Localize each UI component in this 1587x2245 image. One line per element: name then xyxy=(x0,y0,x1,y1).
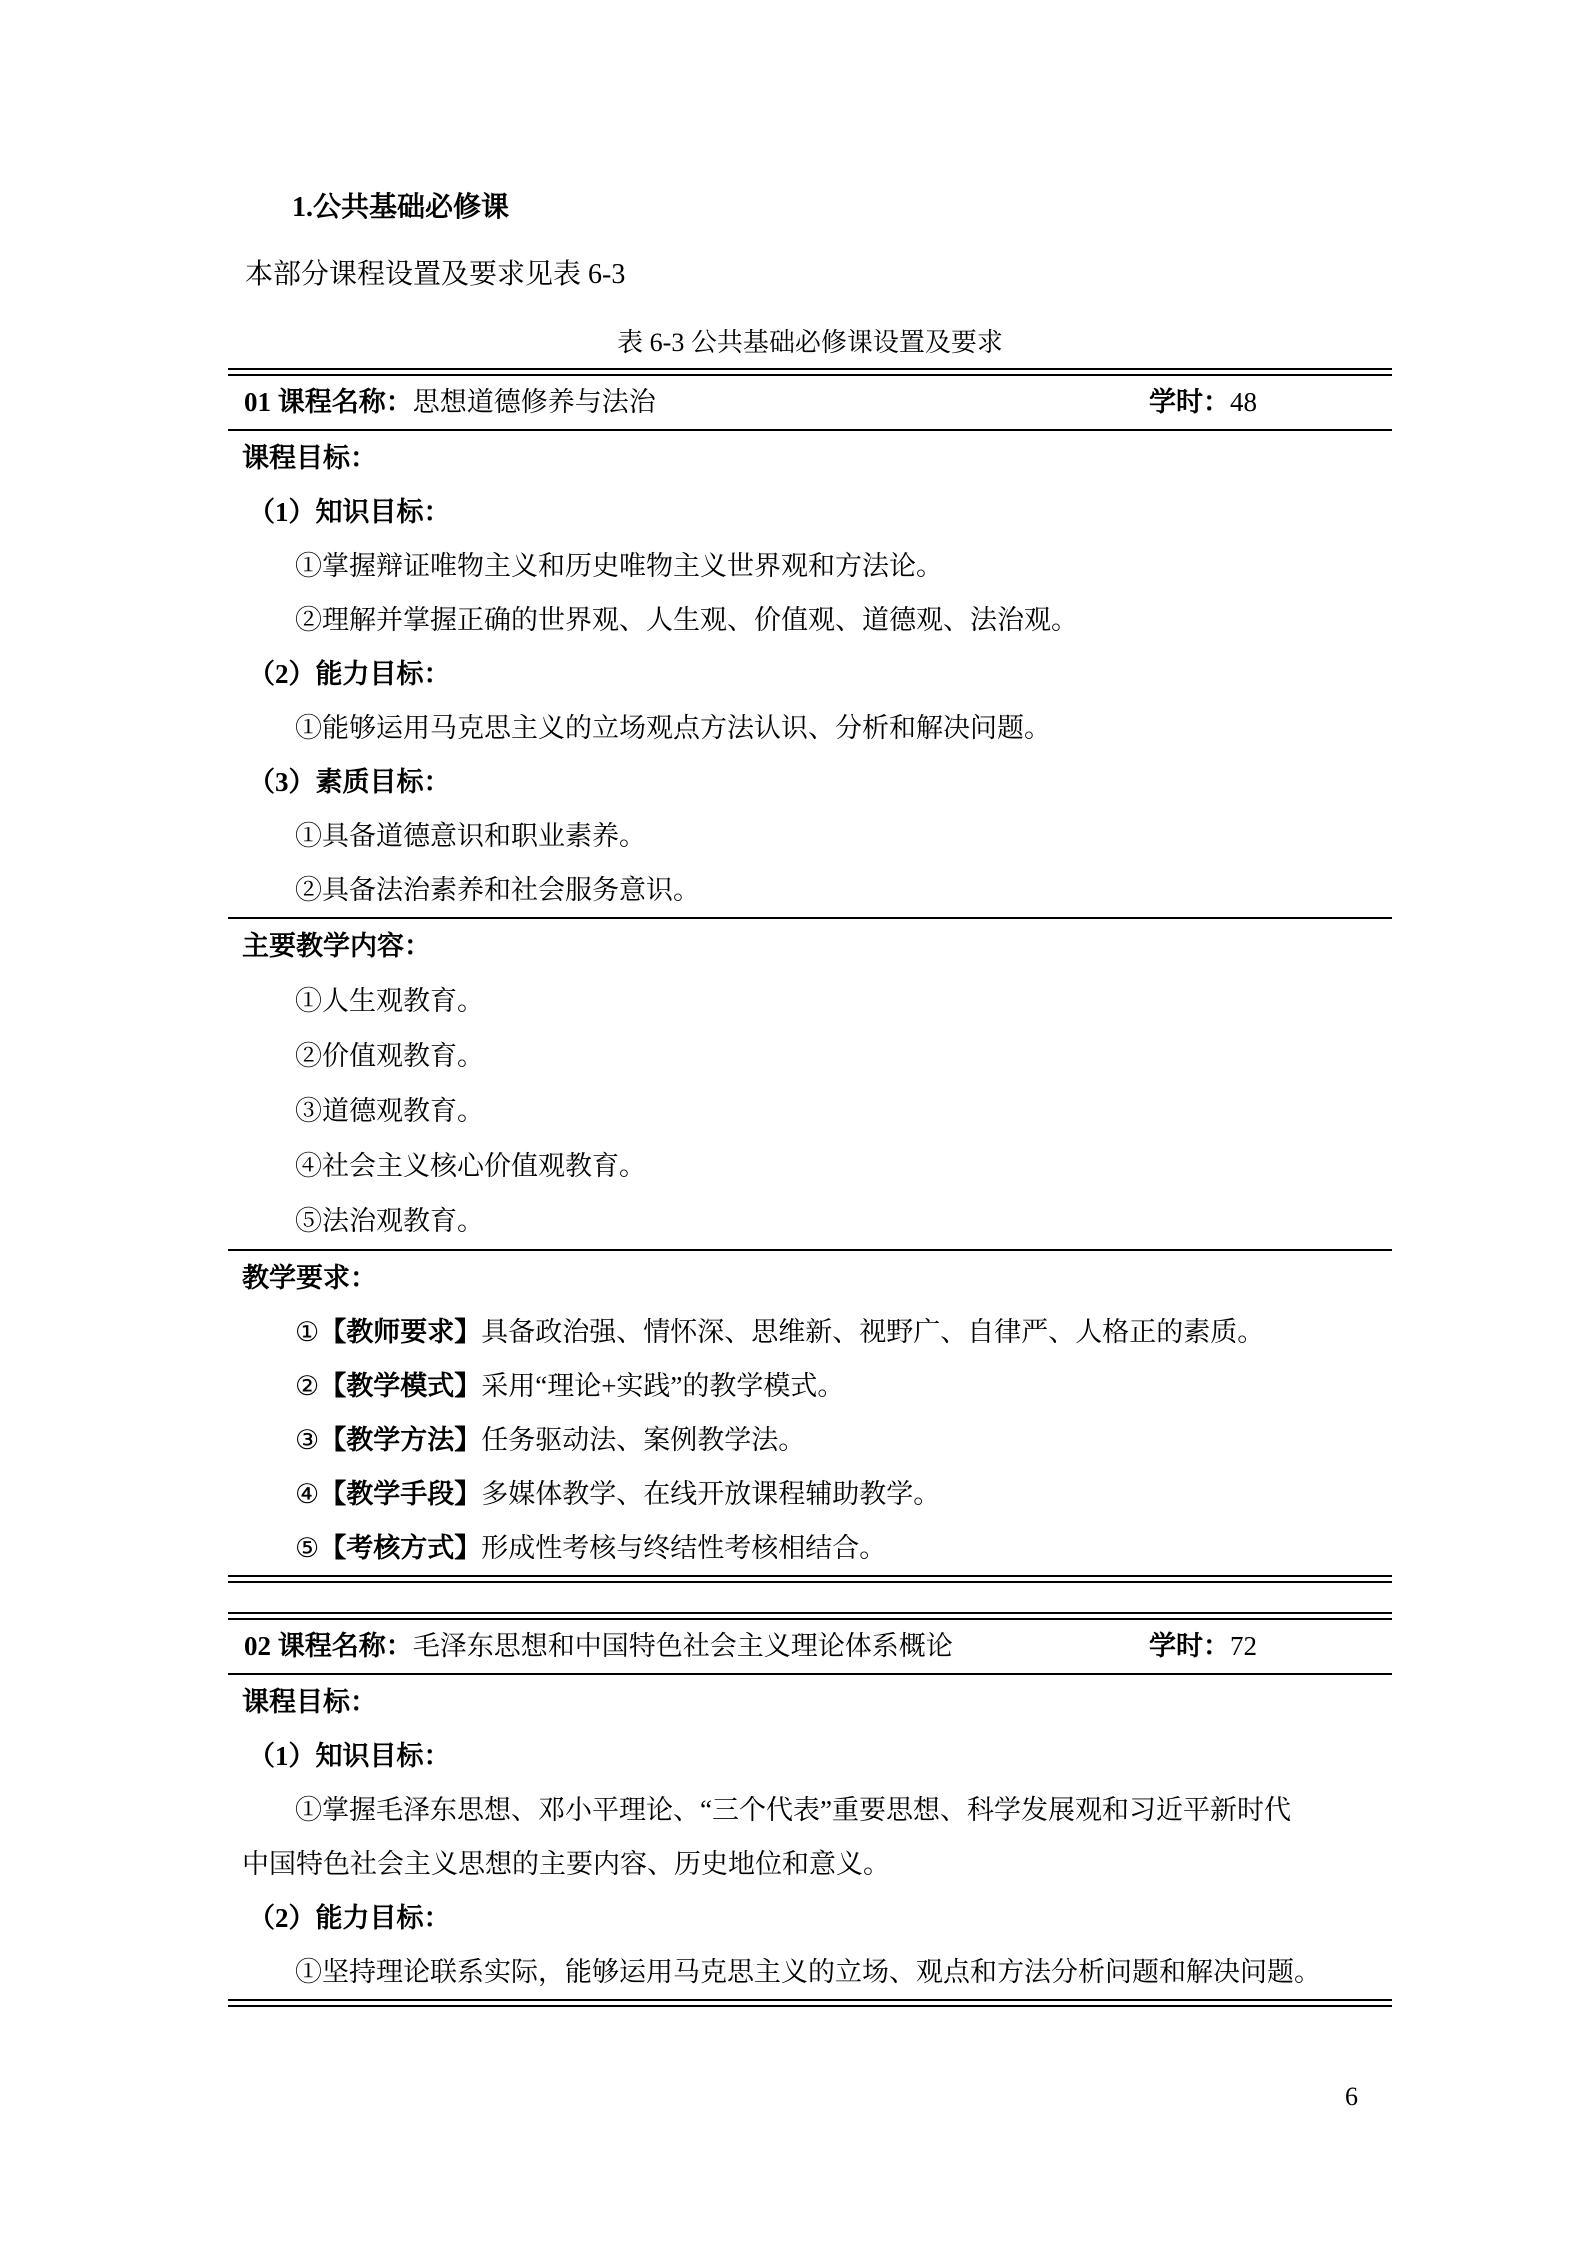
table-top-double-border xyxy=(228,1612,1392,1620)
teaching-content-item: ③道德观教育。 xyxy=(228,1084,1392,1139)
knowledge-objectives-title: （1）知识目标： xyxy=(228,485,1392,539)
knowledge-objective-2: ②理解并掌握正确的世界观、人生观、价值观、道德观、法治观。 xyxy=(228,593,1392,647)
requirement-item: ②【教学模式】采用“理论+实践”的教学模式。 xyxy=(228,1359,1392,1413)
teaching-content-item: ①人生观教育。 xyxy=(228,974,1392,1029)
intro-paragraph: 本部分课程设置及要求见表 6-3 xyxy=(245,257,625,293)
ability-objective-1: ①坚持理论联系实际，能够运用马克思主义的立场、观点和方法分析问题和解决问题。 xyxy=(228,1945,1392,1999)
ability-objectives-title: （2）能力目标： xyxy=(228,647,1392,701)
table-caption: 表 6-3 公共基础必修课设置及要求 xyxy=(228,326,1392,360)
table-bottom-double-border xyxy=(228,1999,1392,2007)
hours-label: 学时： xyxy=(1149,1631,1230,1661)
objectives-section: 课程目标： （1）知识目标： ①掌握毛泽东思想、邓小平理论、“三个代表”重要思想… xyxy=(228,1675,1392,1999)
objectives-title: 课程目标： xyxy=(228,1675,1392,1729)
hours-value: 48 xyxy=(1230,387,1257,417)
requirement-item: ④【教学手段】多媒体教学、在线开放课程辅助教学。 xyxy=(228,1467,1392,1521)
page-number: 6 xyxy=(1345,2080,1358,2114)
quality-objective-1: ①具备道德意识和职业素养。 xyxy=(228,809,1392,863)
requirement-item: ⑤【考核方式】形成性考核与终结性考核相结合。 xyxy=(228,1521,1392,1575)
section-heading: 1.公共基础必修课 xyxy=(292,190,509,226)
ability-objective-1: ①能够运用马克思主义的立场观点方法认识、分析和解决问题。 xyxy=(228,701,1392,755)
knowledge-objectives-title: （1）知识目标： xyxy=(228,1729,1392,1783)
course-name: 毛泽东思想和中国特色社会主义理论体系概论 xyxy=(413,1631,953,1661)
teaching-content-item: ⑤法治观教育。 xyxy=(228,1194,1392,1249)
teaching-requirements-section: 教学要求： ①【教师要求】具备政治强、情怀深、思维新、视野广、自律严、人格正的素… xyxy=(228,1251,1392,1575)
knowledge-objective-1-line2: 中国特色社会主义思想的主要内容、历史地位和意义。 xyxy=(228,1837,1392,1891)
knowledge-objective-1: ①掌握辩证唯物主义和历史唯物主义世界观和方法论。 xyxy=(228,539,1392,593)
course-header-row: 02 课程名称：毛泽东思想和中国特色社会主义理论体系概论 学时：72 xyxy=(228,1620,1392,1675)
course-code-label: 01 课程名称： xyxy=(244,387,413,417)
quality-objective-2: ②具备法治素养和社会服务意识。 xyxy=(228,863,1392,917)
course-header-row: 01 课程名称：思想道德修养与法治 学时：48 xyxy=(228,376,1392,431)
teaching-requirements-title: 教学要求： xyxy=(228,1251,1392,1305)
course-name: 思想道德修养与法治 xyxy=(413,387,656,417)
course-code-label: 02 课程名称： xyxy=(244,1631,413,1661)
hours-label: 学时： xyxy=(1149,387,1230,417)
hours-value: 72 xyxy=(1230,1631,1257,1661)
objectives-title: 课程目标： xyxy=(228,431,1392,485)
teaching-content-title: 主要教学内容： xyxy=(228,919,1392,974)
requirement-item: ①【教师要求】具备政治强、情怀深、思维新、视野广、自律严、人格正的素质。 xyxy=(228,1305,1392,1359)
table-top-double-border xyxy=(228,368,1392,376)
course-table-02: 02 课程名称：毛泽东思想和中国特色社会主义理论体系概论 学时：72 课程目标：… xyxy=(228,1612,1392,2007)
objectives-section: 课程目标： （1）知识目标： ①掌握辩证唯物主义和历史唯物主义世界观和方法论。 … xyxy=(228,431,1392,919)
document-page: 1.公共基础必修课 本部分课程设置及要求见表 6-3 表 6-3 公共基础必修课… xyxy=(0,0,1587,2245)
knowledge-objective-1-line1: ①掌握毛泽东思想、邓小平理论、“三个代表”重要思想、科学发展观和习近平新时代 xyxy=(228,1783,1392,1837)
course-hours: 学时：72 xyxy=(1149,1620,1257,1673)
quality-objectives-title: （3）素质目标： xyxy=(228,755,1392,809)
teaching-content-item: ④社会主义核心价值观教育。 xyxy=(228,1139,1392,1194)
course-hours: 学时：48 xyxy=(1149,376,1257,429)
requirement-item: ③【教学方法】任务驱动法、案例教学法。 xyxy=(228,1413,1392,1467)
teaching-content-item: ②价值观教育。 xyxy=(228,1029,1392,1084)
ability-objectives-title: （2）能力目标： xyxy=(228,1891,1392,1945)
course-table-01: 01 课程名称：思想道德修养与法治 学时：48 课程目标： （1）知识目标： ①… xyxy=(228,368,1392,1583)
table-bottom-double-border xyxy=(228,1575,1392,1583)
teaching-content-section: 主要教学内容： ①人生观教育。 ②价值观教育。 ③道德观教育。 ④社会主义核心价… xyxy=(228,919,1392,1251)
